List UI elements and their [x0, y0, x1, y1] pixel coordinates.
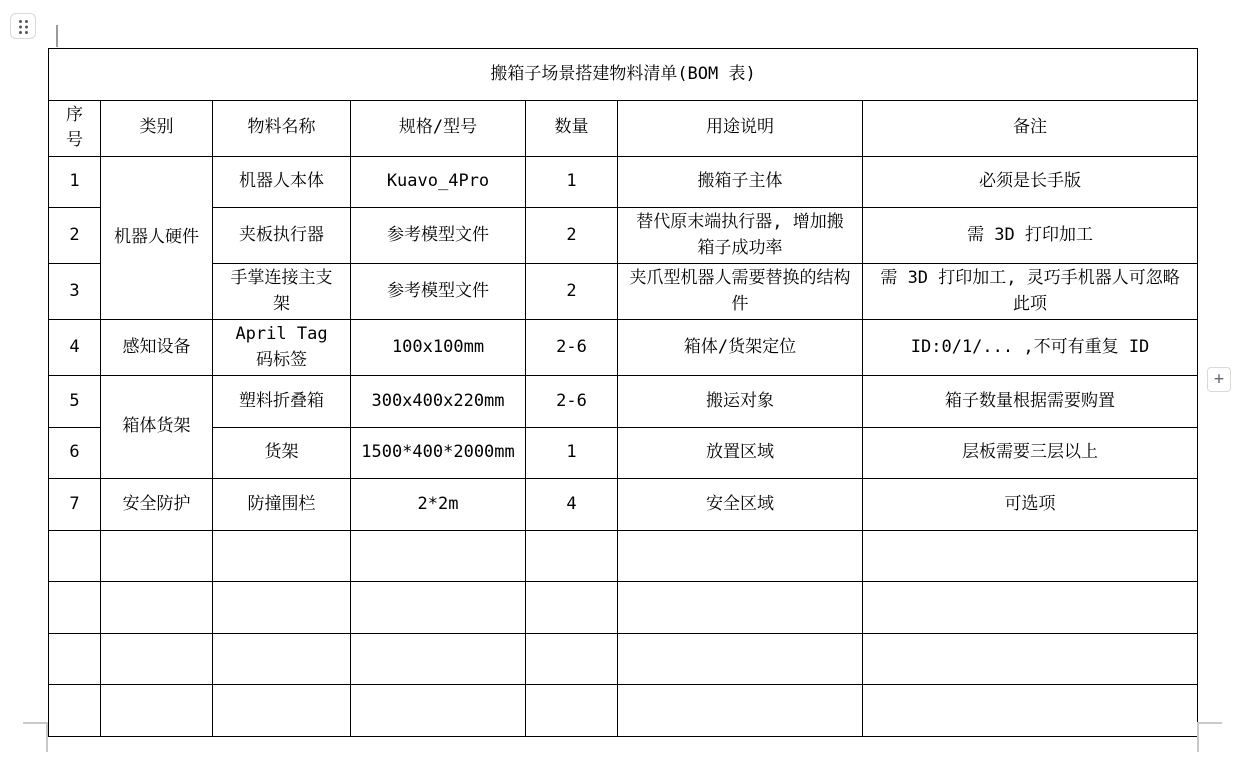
remark-cell[interactable]: ID:0/1/... ,不可有重复 ID	[863, 320, 1198, 376]
table-row: 7安全防护防撞围栏2*2m4安全区域可选项	[49, 479, 1198, 531]
spec-cell[interactable]: 参考模型文件	[351, 208, 526, 264]
category-cell[interactable]	[101, 582, 213, 634]
row-number-cell[interactable]	[49, 633, 101, 685]
row-number-cell[interactable]: 7	[49, 479, 101, 531]
table-row: 4感知设备April Tag 码标签100x100mm2-6箱体/货架定位ID:…	[49, 320, 1198, 376]
usage-cell[interactable]: 箱体/货架定位	[618, 320, 863, 376]
usage-cell[interactable]	[618, 685, 863, 737]
remark-cell[interactable]: 层板需要三层以上	[863, 427, 1198, 479]
material-name-cell[interactable]	[213, 530, 351, 582]
table-title-cell[interactable]: 搬箱子场景搭建物料清单(BOM 表)	[49, 49, 1198, 101]
row-number-cell[interactable]: 1	[49, 156, 101, 208]
table-row	[49, 685, 1198, 737]
remark-cell[interactable]: 必须是长手版	[863, 156, 1198, 208]
table-header-row: 序号 类别 物料名称 规格/型号 数量 用途说明 备注	[49, 100, 1198, 156]
remark-cell[interactable]: 需 3D 打印加工, 灵巧手机器人可忽略此项	[863, 264, 1198, 320]
row-number-cell[interactable]: 2	[49, 208, 101, 264]
category-cell[interactable]: 机器人硬件	[101, 156, 213, 320]
quantity-cell[interactable]: 4	[526, 479, 618, 531]
category-cell[interactable]	[101, 530, 213, 582]
usage-cell[interactable]: 搬箱子主体	[618, 156, 863, 208]
quantity-cell[interactable]	[526, 530, 618, 582]
usage-cell[interactable]	[618, 582, 863, 634]
row-number-cell[interactable]	[49, 582, 101, 634]
material-name-cell[interactable]	[213, 582, 351, 634]
category-cell[interactable]: 感知设备	[101, 320, 213, 376]
table-row: 6货架1500*400*2000mm1放置区域层板需要三层以上	[49, 427, 1198, 479]
usage-cell[interactable]	[618, 530, 863, 582]
table-drag-handle-button[interactable]	[10, 13, 36, 39]
spec-cell[interactable]: Kuavo_4Pro	[351, 156, 526, 208]
column-header-spec[interactable]: 规格/型号	[351, 100, 526, 156]
bom-table-body: 搬箱子场景搭建物料清单(BOM 表) 序号 类别 物料名称 规格/型号 数量 用…	[49, 49, 1198, 737]
material-name-cell[interactable]: April Tag 码标签	[213, 320, 351, 376]
spec-cell[interactable]	[351, 685, 526, 737]
usage-cell[interactable]: 替代原末端执行器, 增加搬箱子成功率	[618, 208, 863, 264]
table-row: 5箱体货架塑料折叠箱300x400x220mm2-6搬运对象箱子数量根据需要购置	[49, 376, 1198, 428]
table-row: 1机器人硬件机器人本体Kuavo_4Pro1搬箱子主体必须是长手版	[49, 156, 1198, 208]
usage-cell[interactable]: 夹爪型机器人需要替换的结构件	[618, 264, 863, 320]
page-corner-mark-right	[1197, 722, 1222, 752]
spec-cell[interactable]	[351, 582, 526, 634]
usage-cell[interactable]	[618, 633, 863, 685]
page-corner-mark-left	[23, 722, 48, 752]
quantity-cell[interactable]: 2-6	[526, 320, 618, 376]
usage-cell[interactable]: 搬运对象	[618, 376, 863, 428]
column-header-name[interactable]: 物料名称	[213, 100, 351, 156]
material-name-cell[interactable]	[213, 685, 351, 737]
table-row	[49, 530, 1198, 582]
quantity-cell[interactable]: 1	[526, 427, 618, 479]
spec-cell[interactable]: 2*2m	[351, 479, 526, 531]
remark-cell[interactable]: 需 3D 打印加工	[863, 208, 1198, 264]
column-header-remark[interactable]: 备注	[863, 100, 1198, 156]
remark-cell[interactable]	[863, 685, 1198, 737]
table-row: 2夹板执行器参考模型文件2替代原末端执行器, 增加搬箱子成功率需 3D 打印加工	[49, 208, 1198, 264]
column-header-no[interactable]: 序号	[49, 100, 101, 156]
column-header-category[interactable]: 类别	[101, 100, 213, 156]
material-name-cell[interactable]: 手掌连接主支架	[213, 264, 351, 320]
material-name-cell[interactable]: 机器人本体	[213, 156, 351, 208]
usage-cell[interactable]: 放置区域	[618, 427, 863, 479]
column-header-qty[interactable]: 数量	[526, 100, 618, 156]
material-name-cell[interactable]	[213, 633, 351, 685]
quantity-cell[interactable]	[526, 582, 618, 634]
material-name-cell[interactable]: 塑料折叠箱	[213, 376, 351, 428]
plus-icon: +	[1214, 371, 1224, 388]
remark-cell[interactable]	[863, 582, 1198, 634]
table-title-row: 搬箱子场景搭建物料清单(BOM 表)	[49, 49, 1198, 101]
table-row	[49, 633, 1198, 685]
row-number-cell[interactable]	[49, 685, 101, 737]
row-number-cell[interactable]: 3	[49, 264, 101, 320]
remark-cell[interactable]: 可选项	[863, 479, 1198, 531]
category-cell[interactable]	[101, 633, 213, 685]
remark-cell[interactable]: 箱子数量根据需要购置	[863, 376, 1198, 428]
spec-cell[interactable]: 参考模型文件	[351, 264, 526, 320]
row-number-cell[interactable]	[49, 530, 101, 582]
category-cell[interactable]	[101, 685, 213, 737]
drag-handle-dots-icon	[19, 20, 22, 23]
usage-cell[interactable]: 安全区域	[618, 479, 863, 531]
text-caret	[56, 25, 58, 47]
row-number-cell[interactable]: 4	[49, 320, 101, 376]
material-name-cell[interactable]: 货架	[213, 427, 351, 479]
quantity-cell[interactable]: 2	[526, 208, 618, 264]
quantity-cell[interactable]	[526, 633, 618, 685]
table-row	[49, 582, 1198, 634]
material-name-cell[interactable]: 夹板执行器	[213, 208, 351, 264]
quantity-cell[interactable]: 1	[526, 156, 618, 208]
material-name-cell[interactable]: 防撞围栏	[213, 479, 351, 531]
spec-cell[interactable]: 100x100mm	[351, 320, 526, 376]
spec-cell[interactable]	[351, 633, 526, 685]
category-cell[interactable]: 安全防护	[101, 479, 213, 531]
quantity-cell[interactable]: 2	[526, 264, 618, 320]
bom-table: 搬箱子场景搭建物料清单(BOM 表) 序号 类别 物料名称 规格/型号 数量 用…	[48, 48, 1198, 737]
column-header-usage[interactable]: 用途说明	[618, 100, 863, 156]
row-number-cell[interactable]: 5	[49, 376, 101, 428]
quantity-cell[interactable]: 2-6	[526, 376, 618, 428]
remark-cell[interactable]	[863, 633, 1198, 685]
table-row: 3手掌连接主支架参考模型文件2夹爪型机器人需要替换的结构件需 3D 打印加工, …	[49, 264, 1198, 320]
spec-cell[interactable]	[351, 530, 526, 582]
remark-cell[interactable]	[863, 530, 1198, 582]
add-column-button[interactable]: +	[1207, 367, 1231, 392]
spec-cell[interactable]: 300x400x220mm	[351, 376, 526, 428]
spec-cell[interactable]: 1500*400*2000mm	[351, 427, 526, 479]
quantity-cell[interactable]	[526, 685, 618, 737]
row-number-cell[interactable]: 6	[49, 427, 101, 479]
category-cell[interactable]: 箱体货架	[101, 376, 213, 479]
